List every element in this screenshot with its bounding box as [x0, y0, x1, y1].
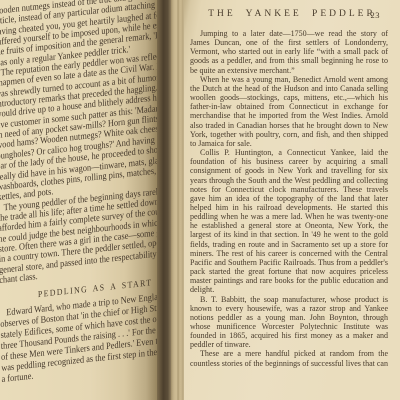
page-number: 23: [371, 10, 381, 20]
right-page-body: Jumping to a later date—1750—we read the…: [190, 29, 388, 368]
right-page: THE YANKEE PEDDLER 23 Jumping to a later…: [184, 0, 400, 400]
right-page-header: THE YANKEE PEDDLER 23: [184, 9, 400, 21]
paragraph: B. T. Babbitt, the soap manufacturer, wh…: [190, 295, 388, 350]
paragraph: These are a mere handful picked at rando…: [190, 349, 388, 367]
paragraph: Jumping to a later date—1750—we read the…: [190, 29, 388, 75]
left-page-content: HAWKERS AND WALKERS wooden nutmegs inste…: [0, 0, 164, 400]
left-page-section-body: Edward Ward, who made a trip to New Engl…: [0, 285, 164, 385]
left-page: HAWKERS AND WALKERS wooden nutmegs inste…: [0, 0, 164, 400]
book-photo: HAWKERS AND WALKERS wooden nutmegs inste…: [0, 0, 400, 400]
right-running-head: THE YANKEE PEDDLER: [184, 9, 400, 19]
left-page-body: wooden nutmegs instead of the true and g…: [0, 0, 164, 286]
gutter-shadow: [157, 0, 171, 400]
paragraph: When he was a young man, Benedict Arnold…: [190, 75, 388, 148]
page-edge-strip: [171, 0, 184, 400]
paragraph: Collis P. Huntington, a Connecticut Yank…: [190, 148, 388, 295]
